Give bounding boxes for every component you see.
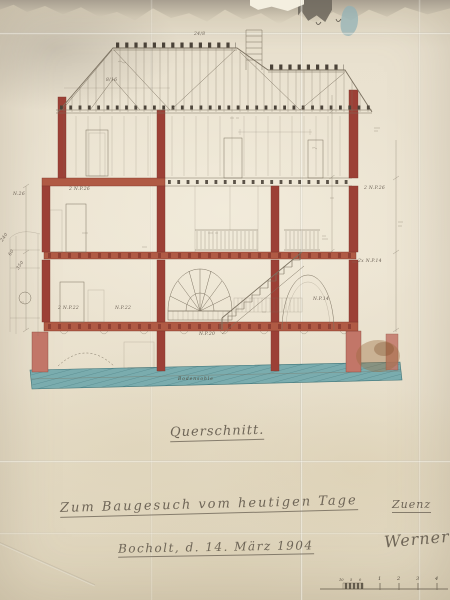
- tiny-annotation: 2 N.P.26: [69, 187, 90, 192]
- tiny-annotation: 60: [8, 249, 16, 257]
- scanned-architectural-drawing: { "document": { "title": "Querschnitt.",…: [0, 0, 450, 600]
- tiny-annotation: N.P.14: [313, 297, 329, 302]
- caption-line-2: Bocholt, d. 14. März 1904: [118, 538, 314, 557]
- side-note-fragment: Zuenz: [392, 498, 431, 513]
- tiny-annotation: 240: [0, 232, 9, 243]
- tiny-annotation: 24/8: [194, 32, 205, 37]
- tiny-annotation: N.P.22: [115, 306, 131, 311]
- tiny-annotation: 2 N.P.22: [58, 306, 79, 311]
- tiny-annotation: N.P.20: [199, 332, 215, 337]
- tiny-annotation: 350: [16, 260, 26, 271]
- tiny-annotation: 2 N.P.26: [364, 186, 385, 191]
- drawing-title: Querschnitt.: [170, 423, 265, 442]
- tiny-annotation: N.26: [13, 192, 25, 197]
- tiny-annotation: 2x N.P.14: [358, 259, 382, 264]
- tiny-annotation: 8/16: [106, 78, 117, 83]
